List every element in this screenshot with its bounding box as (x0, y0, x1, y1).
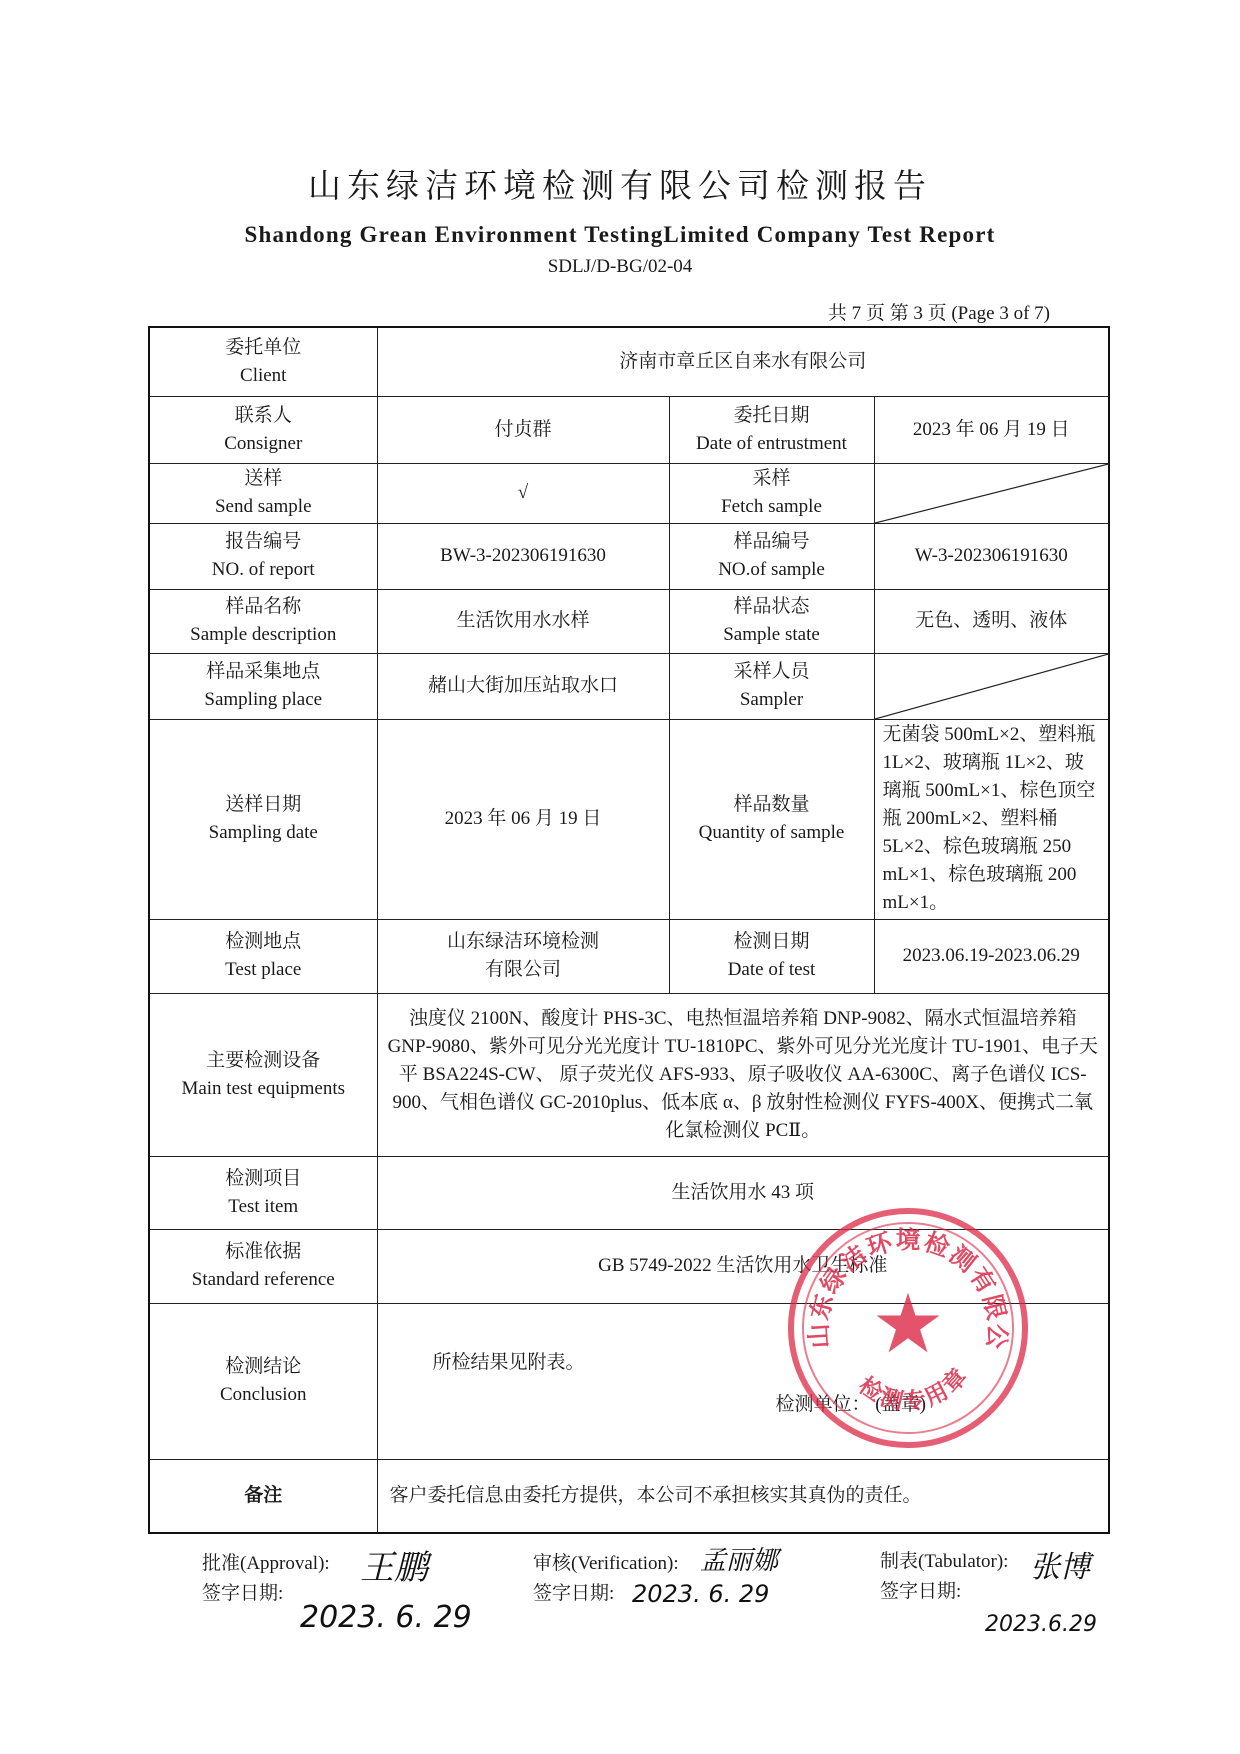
row-remarks: 备注 客户委托信息由委托方提供，本公司不承担核实其真伪的责任。 (149, 1459, 1109, 1533)
send-sample-label: 送样 Send sample (149, 463, 377, 523)
test-place-value: 山东绿洁环境检测 有限公司 (377, 919, 669, 993)
diagonal-slash-icon (875, 654, 1109, 719)
row-equipment: 主要检测设备 Main test equipments 浊度仪 2100N、酸度… (149, 993, 1109, 1156)
sample-desc-value: 生活饮用水水样 (377, 589, 669, 653)
test-item-value: 生活饮用水 43 项 (377, 1156, 1109, 1229)
row-test-place: 检测地点 Test place 山东绿洁环境检测 有限公司 检测日期 Date … (149, 919, 1109, 993)
tabulator-signature: 张博 (1030, 1542, 1090, 1586)
approval-signature: 王鹏 (360, 1540, 428, 1589)
test-place-label: 检测地点 Test place (149, 919, 377, 993)
sampling-date-value: 2023 年 06 月 19 日 (377, 719, 669, 919)
conclusion-value-cell: 所检结果见附表。 检测单位： (盖章) (377, 1303, 1109, 1459)
row-sampling-place: 样品采集地点 Sampling place 赭山大街加压站取水口 采样人员 Sa… (149, 653, 1109, 719)
testing-unit-stamp-label: 检测单位： (盖章) (776, 1391, 926, 1419)
sample-state-value: 无色、透明、液体 (874, 589, 1109, 653)
approval-date-label: 签字日期: (202, 1578, 283, 1605)
standard-value: GB 5749-2022 生活饮用水卫生标准 (377, 1229, 1109, 1303)
fetch-sample-empty-slash (874, 463, 1109, 523)
report-title-cn: 山东绿洁环境检测有限公司检测报告 (0, 160, 1240, 207)
diagonal-slash-icon (875, 464, 1109, 523)
sample-no-value: W-3-202306191630 (874, 523, 1109, 589)
equipment-value: 浊度仪 2100N、酸度计 PHS-3C、电热恒温培养箱 DNP-9082、隔水… (377, 993, 1109, 1156)
sampling-date-label: 送样日期 Sampling date (149, 719, 377, 919)
conclusion-text: 所检结果见附表。 (433, 1349, 585, 1377)
row-sampling-date: 送样日期 Sampling date 2023 年 06 月 19 日 样品数量… (149, 719, 1109, 919)
equipment-label: 主要检测设备 Main test equipments (149, 993, 377, 1156)
remarks-label: 备注 (149, 1459, 377, 1533)
verification-label: 审核(Verification): (533, 1548, 679, 1575)
sampler-empty-slash (874, 653, 1109, 719)
report-no-value: BW-3-202306191630 (377, 523, 669, 589)
row-send-sample: 送样 Send sample √ 采样 Fetch sample (149, 463, 1109, 523)
client-value: 济南市章丘区自来水有限公司 (377, 327, 1109, 396)
report-no-label: 报告编号 NO. of report (149, 523, 377, 589)
tabulator-label: 制表(Tabulator): (880, 1546, 1008, 1573)
page-info: 共 7 页 第 3 页 (Page 3 of 7) (828, 298, 1050, 325)
send-sample-checkmark: √ (377, 463, 669, 523)
sample-no-label: 样品编号 NO.of sample (669, 523, 874, 589)
row-report-no: 报告编号 NO. of report BW-3-202306191630 样品编… (149, 523, 1109, 589)
client-label: 委托单位 Client (149, 327, 377, 396)
approval-signed-date: 2023. 6. 29 (300, 1600, 472, 1635)
sampling-place-value: 赭山大街加压站取水口 (377, 653, 669, 719)
test-date-value: 2023.06.19-2023.06.29 (874, 919, 1109, 993)
report-title-en: Shandong Grean Environment TestingLimite… (0, 222, 1240, 248)
row-conclusion: 检测结论 Conclusion 所检结果见附表。 检测单位： (盖章) (149, 1303, 1109, 1459)
row-standard: 标准依据 Standard reference GB 5749-2022 生活饮… (149, 1229, 1109, 1303)
row-sample-desc: 样品名称 Sample description 生活饮用水水样 样品状态 Sam… (149, 589, 1109, 653)
tabulator-signed-date: 2023.6.29 (985, 1612, 1097, 1637)
report-info-table: 委托单位 Client 济南市章丘区自来水有限公司 联系人 Consigner … (148, 326, 1110, 1534)
sample-desc-label: 样品名称 Sample description (149, 589, 377, 653)
verification-signed-date: 2023. 6. 29 (632, 1580, 769, 1608)
remarks-value: 客户委托信息由委托方提供，本公司不承担核实其真伪的责任。 (377, 1459, 1109, 1533)
sample-state-label: 样品状态 Sample state (669, 589, 874, 653)
test-item-label: 检测项目 Test item (149, 1156, 377, 1229)
verification-signature: 孟丽娜 (700, 1540, 778, 1577)
consigner-value: 付贞群 (377, 396, 669, 463)
row-test-item: 检测项目 Test item 生活饮用水 43 项 (149, 1156, 1109, 1229)
entrust-date-label: 委托日期 Date of entrustment (669, 396, 874, 463)
row-client: 委托单位 Client 济南市章丘区自来水有限公司 (149, 327, 1109, 396)
entrust-date-value: 2023 年 06 月 19 日 (874, 396, 1109, 463)
approval-label: 批准(Approval): (202, 1548, 330, 1575)
conclusion-label: 检测结论 Conclusion (149, 1303, 377, 1459)
quantity-label: 样品数量 Quantity of sample (669, 719, 874, 919)
sampling-place-label: 样品采集地点 Sampling place (149, 653, 377, 719)
row-consigner: 联系人 Consigner 付贞群 委托日期 Date of entrustme… (149, 396, 1109, 463)
standard-label: 标准依据 Standard reference (149, 1229, 377, 1303)
quantity-value: 无菌袋 500mL×2、塑料瓶 1L×2、玻璃瓶 1L×2、玻璃瓶 500mL×… (874, 719, 1109, 919)
verification-date-label: 签字日期: (533, 1578, 614, 1605)
document-code: SDLJ/D-BG/02-04 (0, 256, 1240, 278)
sampler-label: 采样人员 Sampler (669, 653, 874, 719)
test-date-label: 检测日期 Date of test (669, 919, 874, 993)
tabulator-date-label: 签字日期: (880, 1576, 961, 1603)
consigner-label: 联系人 Consigner (149, 396, 377, 463)
fetch-sample-label: 采样 Fetch sample (669, 463, 874, 523)
